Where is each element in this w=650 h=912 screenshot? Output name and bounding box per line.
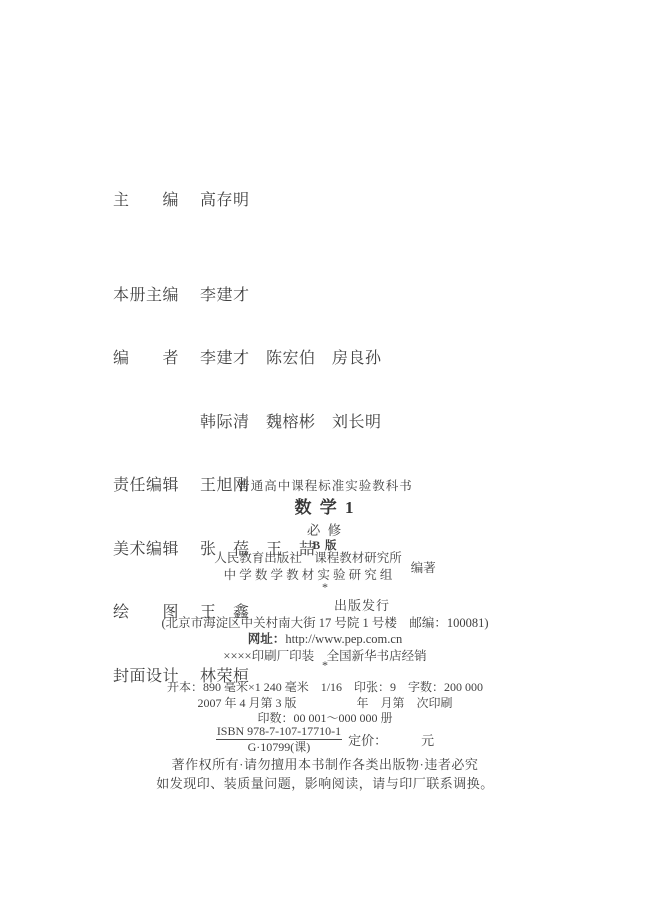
isbn-number: ISBN 978-7-107-17710-1 bbox=[216, 724, 342, 740]
publish-line-text: 出版发行 bbox=[334, 598, 390, 613]
compiled-by-label: 编著 bbox=[411, 558, 436, 576]
credit-row-chief-editor: 主 编 高存明 bbox=[113, 191, 382, 219]
credit-row-authors: 编 者 李建才 陈宏伯 房良孙 bbox=[113, 349, 382, 377]
publisher-group: 人民教育出版社 课程教材研究所 中 学 数 学 教 材 实 验 研 究 组 编著 bbox=[0, 550, 650, 584]
credit-role-label: 编 者 bbox=[113, 349, 200, 377]
book-title: 数 学 1 bbox=[0, 493, 650, 518]
book-subtitle: 必 修 bbox=[0, 519, 650, 539]
isbn-category-code: G·10799(课) bbox=[248, 740, 311, 754]
isbn-fraction: ISBN 978-7-107-17710-1 G·10799(课) bbox=[216, 724, 342, 754]
format-line: 开本：890 毫米×1 240 毫米 1/16 印张：9 字数：200 000 bbox=[0, 678, 650, 695]
website-line: 网址：http://www.pep.com.cn bbox=[0, 629, 650, 647]
credit-names: 李建才 bbox=[200, 286, 250, 314]
isbn-price-row: ISBN 978-7-107-17710-1 G·10799(课) 定价： 元 bbox=[0, 724, 650, 754]
copyright-notice: 著作权所有·请勿擅用本书制作各类出版物·违者必究 bbox=[0, 754, 650, 773]
divider-star: * bbox=[0, 658, 650, 673]
series-title: 普通高中课程标准实验教科书 bbox=[0, 476, 650, 494]
credit-row-authors-cont: 韩际清 魏榕彬 刘长明 bbox=[113, 413, 382, 441]
credit-names: 高存明 bbox=[200, 191, 250, 219]
price-label: 定价： bbox=[348, 730, 387, 749]
divider-star: * bbox=[0, 580, 650, 595]
credit-role-label bbox=[113, 413, 200, 441]
publisher-org-line1: 人民教育出版社 课程教材研究所 bbox=[214, 550, 402, 567]
credit-row-volume-editor: 本册主编 李建才 bbox=[113, 286, 382, 314]
credit-names: 李建才 陈宏伯 房良孙 bbox=[200, 349, 382, 377]
website-label: 网址： bbox=[248, 632, 286, 646]
website-url: http://www.pep.com.cn bbox=[285, 632, 402, 646]
publish-line: 出版发行 bbox=[0, 595, 650, 614]
price-unit: 元 bbox=[421, 730, 434, 749]
publisher-orgs: 人民教育出版社 课程教材研究所 中 学 数 学 教 材 实 验 研 究 组 bbox=[214, 550, 402, 584]
credit-role-label: 主 编 bbox=[113, 191, 200, 219]
book-colophon-page: 主 编 高存明 本册主编 李建才 编 者 李建才 陈宏伯 房良孙 韩际清 魏榕彬… bbox=[0, 0, 650, 912]
quality-notice: 如发现印、装质量问题，影响阅读，请与印厂联系调换。 bbox=[0, 773, 650, 792]
credit-role-label: 本册主编 bbox=[113, 286, 200, 314]
credit-names: 韩际清 魏榕彬 刘长明 bbox=[200, 413, 382, 441]
